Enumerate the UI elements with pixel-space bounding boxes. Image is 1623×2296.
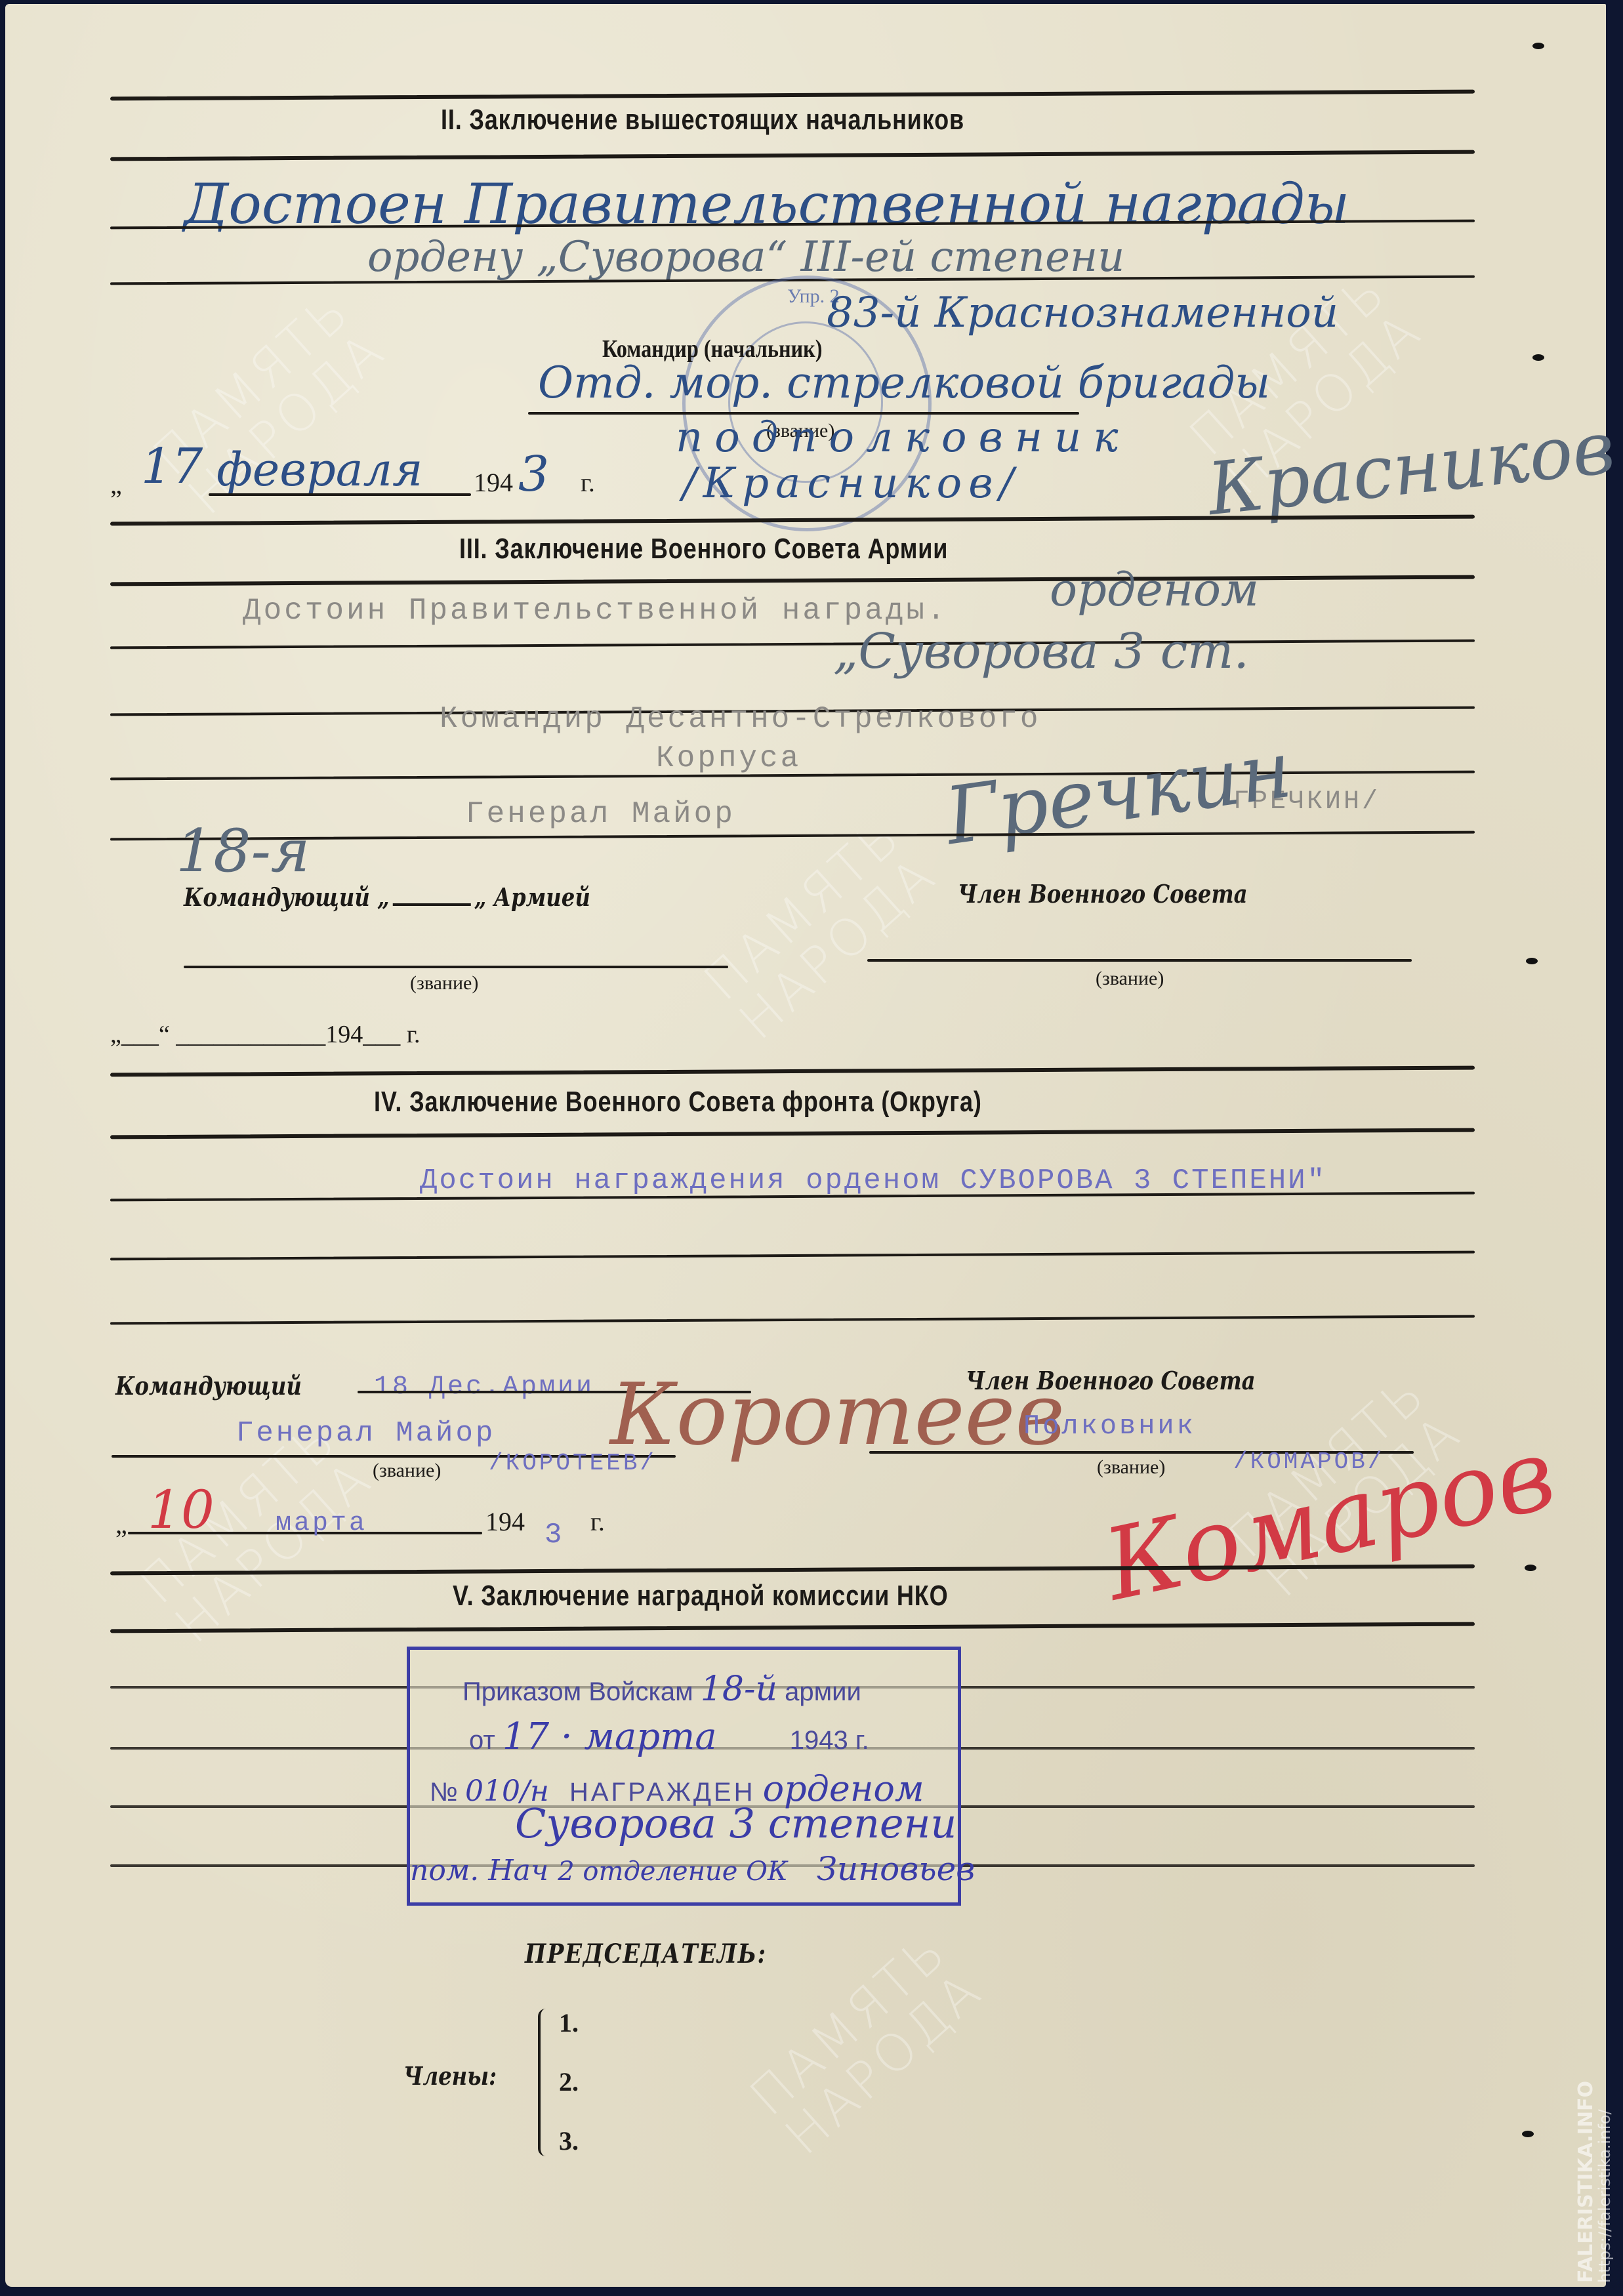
award-order-stamp: Приказом Войскам 18-й армии от 17 · март…	[407, 1647, 961, 1906]
stamp-department: 2 отделение ОК	[558, 1856, 788, 1887]
stamp-order-prefix: Приказом Войскам	[462, 1677, 693, 1706]
punch-hole	[1522, 2131, 1534, 2137]
army-number-blank	[393, 903, 471, 906]
rank-line-left	[184, 966, 728, 968]
stamp-army-suffix: армии	[785, 1677, 861, 1706]
rank-line-right	[867, 959, 1412, 962]
stamp-number-sign: №	[430, 1778, 458, 1807]
punch-hole	[1526, 958, 1538, 964]
typed-commander-title: Командир Десантно-Стрелкового	[440, 702, 1041, 736]
handwritten-date-day: 17	[141, 438, 203, 495]
date-suffix: г.	[590, 1506, 605, 1537]
commander-label: Командующий	[115, 1371, 302, 1401]
typed-member-rank: Полковник	[1023, 1410, 1196, 1442]
punch-hole	[1525, 1565, 1536, 1571]
army-commander-label: Командующий „„ Армией	[184, 882, 590, 912]
stamp-suvorov-degree: Суворова 3 степени	[515, 1799, 956, 1847]
handwritten-insert-suvorov: „Суворова 3 ст.	[833, 623, 1249, 680]
date-year-prefix: 194	[474, 467, 513, 498]
date-open-quote: „	[110, 469, 122, 500]
stamp-deputy-chief: пом. Нач	[410, 1854, 548, 1887]
punch-hole	[1532, 43, 1544, 49]
stamp-year-suffix: г.	[855, 1726, 869, 1755]
stamp-date: 17 · марта	[503, 1715, 717, 1758]
rank-caption-right: (звание)	[1097, 1456, 1165, 1479]
member-2-number: 2.	[559, 2066, 579, 2097]
date-underline	[209, 493, 471, 496]
members-brace	[538, 2009, 550, 2156]
handwritten-name: /Красников/	[682, 459, 1020, 508]
section-5-heading: V. Заключение наградной комиссии НКО	[453, 1580, 949, 1612]
date-suffix: г.	[581, 467, 595, 498]
section-3-heading: III. Заключение Военного Совета Армии	[459, 533, 948, 565]
commander-label-end: „ Армией	[474, 882, 590, 912]
chairman-label: ПРЕДСЕДАТЕЛЬ:	[525, 1938, 767, 1969]
blank-date-line: „___“ ____________194___ г.	[110, 1020, 421, 1049]
handwritten-army-number: 18-я	[176, 817, 310, 886]
date-open-quote: „	[115, 1509, 127, 1540]
handwritten-year-digit: 3	[518, 446, 549, 502]
handwritten-date-month: февраля	[216, 443, 422, 497]
faleristika-watermark: FALERISTIKA.INFO	[1574, 2081, 1597, 2283]
stamp-line-5: пом. Нач 2 отделение ОК Зиновьев	[410, 1850, 975, 1888]
punch-hole	[1532, 354, 1544, 361]
section-4-heading: IV. Заключение Военного Совета фронта (О…	[374, 1086, 982, 1118]
rank-caption-right: (звание)	[1096, 968, 1164, 990]
stamp-line-2: от 17 · марта 1943 г.	[469, 1715, 869, 1758]
faleristika-url-watermark: https://faleristika.info/	[1595, 2109, 1614, 2283]
handwritten-order-suvorov: ордену „Суворова“ III-ей степени	[367, 233, 1124, 281]
handwritten-unit-line-1: 83-й Краснознаменной	[827, 289, 1338, 337]
typed-army: 18 Дес.Армии	[374, 1372, 594, 1402]
typed-corps: Корпуса	[656, 741, 801, 775]
commander-label-text: Командующий „	[184, 882, 390, 912]
stamp-from: от	[469, 1726, 495, 1755]
typed-rank-left: Генерал Майор	[236, 1417, 495, 1450]
member-label: Член Военного Совета	[966, 1366, 1256, 1395]
typed-rank: Генерал Майор	[466, 797, 735, 831]
typed-date-month: марта	[276, 1509, 367, 1538]
stamp-signature: Зиновьев	[817, 1850, 975, 1888]
handwritten-unit-line-2: Отд. мор. стрелковой бригады	[538, 358, 1270, 408]
member-label: Член Военного Совета	[958, 879, 1248, 909]
member-1-number: 1.	[559, 2007, 579, 2038]
stamp-line-1: Приказом Войскам 18-й армии	[462, 1670, 861, 1709]
handwritten-rank: подполковник	[676, 413, 1130, 462]
stamp-army-number: 18-й	[701, 1670, 777, 1709]
members-label: Члены:	[403, 2061, 497, 2091]
typed-front-conclusion: Достоин награждения орденом СУВОРОВА 3 С…	[420, 1164, 1326, 1197]
stamp-year: 1943	[790, 1726, 848, 1755]
rank-caption-left: (звание)	[410, 972, 478, 994]
date-year-prefix: 194	[485, 1506, 525, 1537]
rank-caption-left: (звание)	[373, 1460, 441, 1482]
handwritten-insert-order: орденом	[1050, 563, 1259, 617]
section-2-heading: II. Заключение вышестоящих начальников	[441, 104, 964, 136]
typed-year-digit: 3	[544, 1519, 564, 1551]
member-3-number: 3.	[559, 2125, 579, 2156]
